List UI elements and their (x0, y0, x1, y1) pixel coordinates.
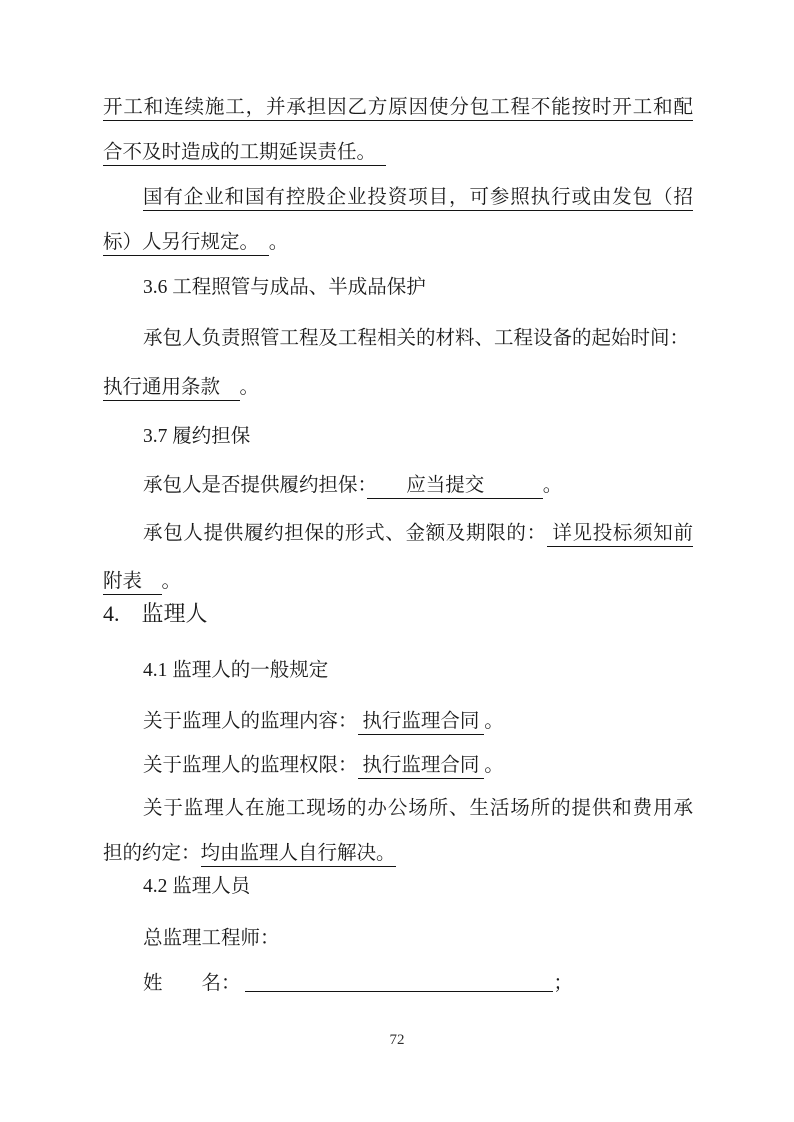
plain-text: 。 (484, 711, 504, 732)
heading-text: 3.6 工程照管与成品、半成品保护 (143, 277, 426, 298)
plain-text: ； (553, 973, 573, 994)
line-care-2: 执行通用条款 。 (103, 365, 693, 410)
plain-text: 承包人是否提供履约担保： (143, 475, 367, 496)
line-supervision-authority: 关于监理人的监理权限： 执行监理合同 。 (103, 743, 693, 788)
plain-text: 担的约定： (103, 843, 201, 864)
plain-text: 总监理工程师： (143, 928, 280, 949)
plain-text: 关于监理人的监理内容： (143, 711, 358, 732)
heading-text: 4.1 监理人的一般规定 (143, 660, 328, 681)
heading-4-1: 4.1 监理人的一般规定 (103, 648, 693, 693)
underlined-text: 合不及时造成的工期延误责任。 (103, 142, 386, 166)
line-supervision-scope: 关于监理人的监理内容： 执行监理合同 。 (103, 699, 693, 744)
heading-3-6: 3.6 工程照管与成品、半成品保护 (103, 265, 693, 310)
plain-text: 。 (484, 755, 504, 776)
line-site-1: 关于监理人在施工现场的办公场所、生活场所的提供和费用承 (103, 786, 693, 831)
line-subcontract-continuation-2: 合不及时造成的工期延误责任。 (103, 130, 693, 175)
line-care-1: 承包人负责照管工程及工程相关的材料、工程设备的起始时间： (103, 316, 693, 361)
line-name-blank: 姓 名： ； (103, 961, 693, 1006)
document-page: 开工和连续施工，并承担因乙方原因使分包工程不能按时开工和配 合不及时造成的工期延… (0, 0, 794, 1122)
line-bond: 承包人是否提供履约担保： 应当提交 。 (103, 463, 693, 508)
heading-text: 4.2 监理人员 (143, 876, 250, 897)
heading-text: 3.7 履约担保 (143, 426, 250, 447)
plain-text: 。 (269, 232, 289, 253)
underlined-value: 执行监理合同 (358, 711, 485, 735)
plain-text: 承包人负责照管工程及工程相关的材料、工程设备的起始时间： (143, 328, 689, 349)
line-subcontract-continuation-1: 开工和连续施工，并承担因乙方原因使分包工程不能按时开工和配 (103, 85, 693, 130)
plain-text: 。 (240, 377, 260, 398)
plain-text: 关于监理人在施工现场的办公场所、生活场所的提供和费用承 (143, 798, 693, 819)
heading-4: 4. 监理人 (103, 591, 693, 636)
underlined-value: 执行监理合同 (358, 755, 485, 779)
underlined-text: 执行通用条款 (103, 377, 240, 401)
heading-text: 4. 监理人 (103, 601, 208, 626)
plain-text: 。 (162, 571, 182, 592)
plain-text: 承包人提供履约担保的形式、金额及期限的： (143, 523, 547, 544)
underlined-value: 应当提交 (367, 475, 543, 499)
underlined-value: 详见投标须知前 (547, 523, 693, 547)
heading-4-2: 4.2 监理人员 (103, 864, 693, 909)
line-bond-form-1: 承包人提供履约担保的形式、金额及期限的： 详见投标须知前 (103, 511, 693, 556)
page-number: 72 (0, 1028, 794, 1052)
line-chief-engineer: 总监理工程师： (103, 916, 693, 961)
plain-text: 。 (543, 475, 563, 496)
line-state-owned-2: 标）人另行规定。 。 (103, 220, 693, 265)
plain-text: 关于监理人的监理权限： (143, 755, 358, 776)
underlined-text: 标）人另行规定。 (103, 232, 269, 256)
heading-3-7: 3.7 履约担保 (103, 414, 693, 459)
underlined-text: 开工和连续施工，并承担因乙方原因使分包工程不能按时开工和配 (103, 97, 693, 121)
line-state-owned-1: 国有企业和国有控股企业投资项目，可参照执行或由发包（招 (103, 175, 693, 220)
underlined-text: 国有企业和国有控股企业投资项目，可参照执行或由发包（招 (143, 187, 693, 211)
plain-text: 姓 名： (143, 973, 245, 994)
name-blank-underline (245, 972, 553, 993)
